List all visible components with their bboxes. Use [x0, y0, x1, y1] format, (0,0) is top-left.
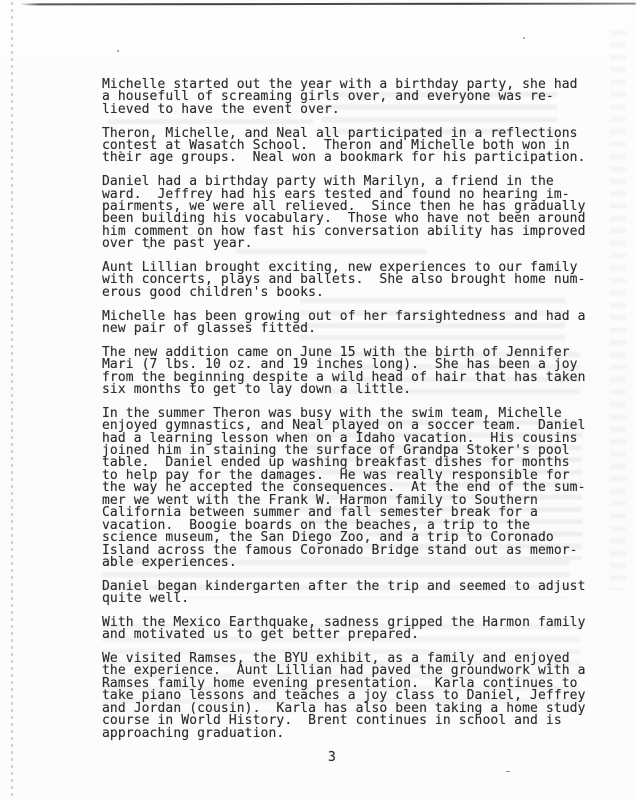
ink-speck	[506, 771, 510, 772]
paragraph-jennifer-birth: The new addition came on June 15 with th…	[102, 347, 602, 397]
scanned-page: Michelle started out the year with a bir…	[0, 0, 636, 800]
perforated-edge	[11, 2, 13, 800]
ink-speck	[117, 50, 119, 52]
paragraph-mexico-earthquake: With the Mexico Earthquake, sadness grip…	[102, 617, 602, 642]
document-body: Michelle started out the year with a bir…	[102, 79, 602, 765]
paragraph-birthday-party: Michelle started out the year with a bir…	[102, 79, 602, 116]
bleed-through-artifact	[610, 30, 626, 590]
ink-speck	[523, 37, 525, 39]
paragraph-kindergarten: Daniel began kindergarten after the trip…	[102, 581, 602, 606]
paragraph-michelle-glasses: Michelle has been growing out of her far…	[102, 311, 602, 336]
page-number: 3	[102, 752, 562, 764]
paragraph-reflections-contest: Theron, Michelle, and Neal all participa…	[102, 128, 602, 165]
paragraph-aunt-lillian: Aunt Lillian brought exciting, new exper…	[102, 262, 602, 299]
paragraph-summer-activities: In the summer Theron was busy with the s…	[102, 408, 602, 570]
top-scan-line	[20, 3, 636, 6]
paragraph-ramses-exhibit: We visited Ramses, the BYU exhibit, as a…	[102, 653, 602, 740]
paragraph-daniel-jeffrey: Daniel had a birthday party with Marilyn…	[102, 176, 602, 251]
